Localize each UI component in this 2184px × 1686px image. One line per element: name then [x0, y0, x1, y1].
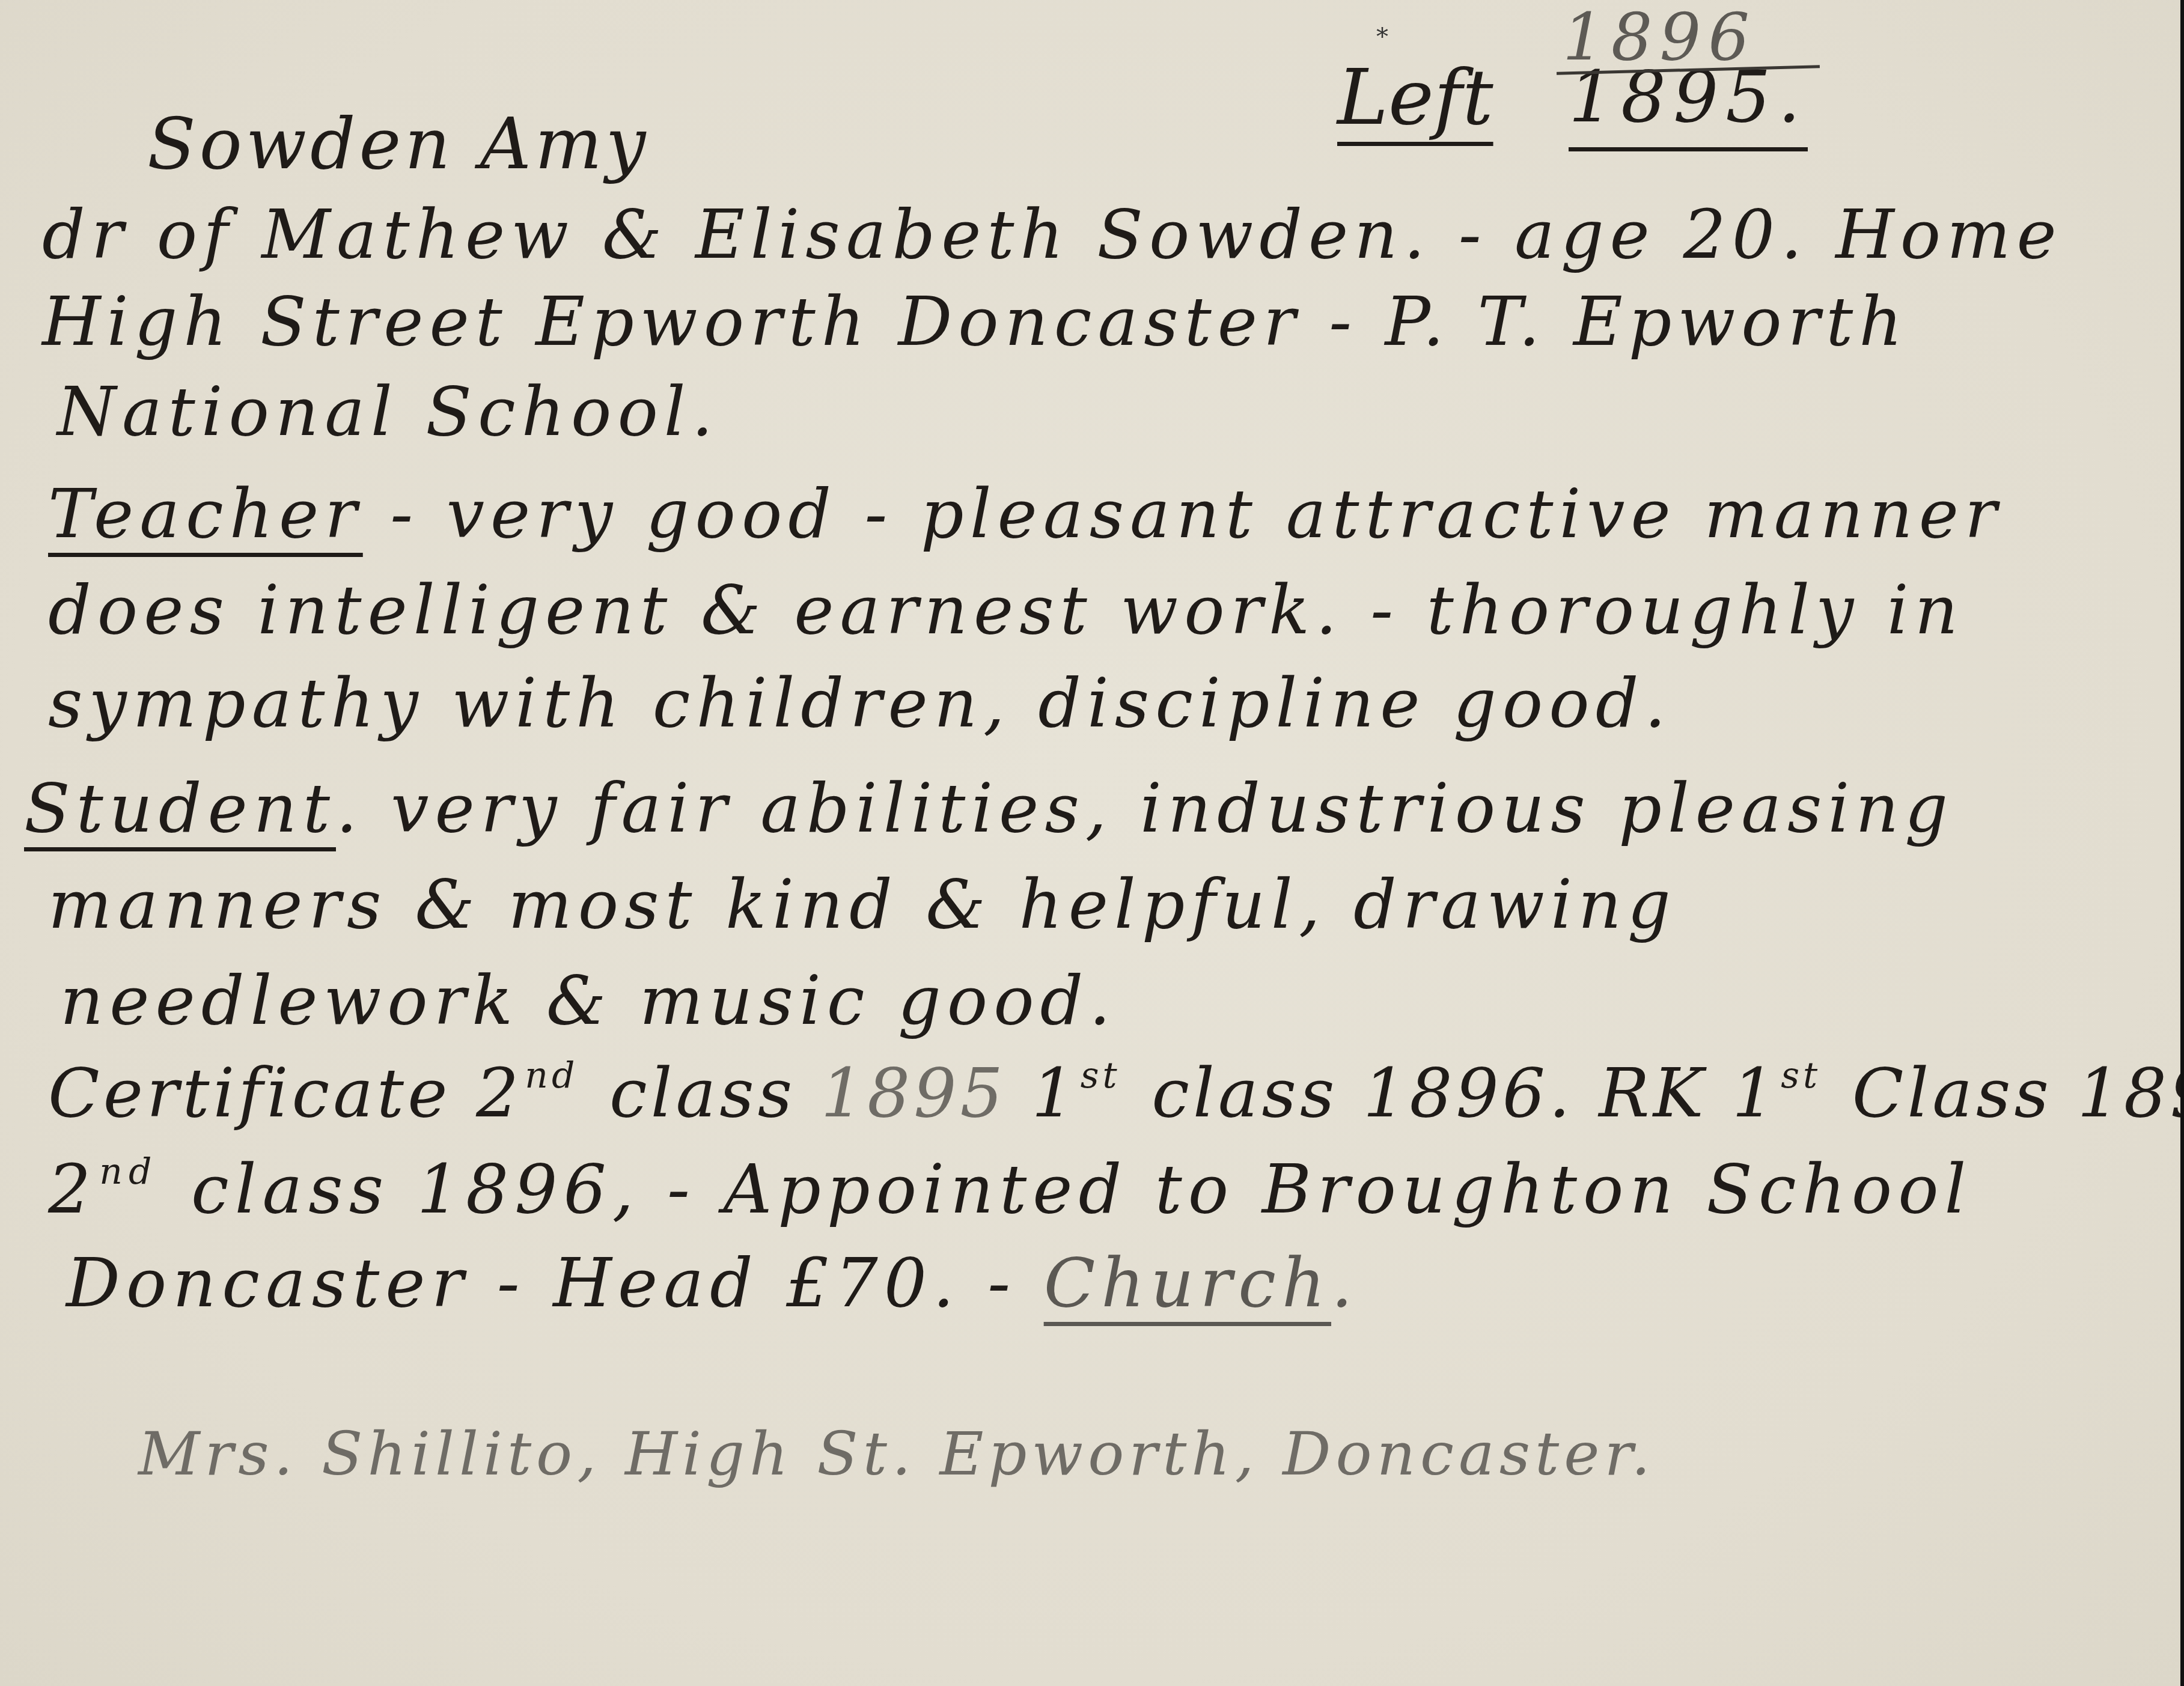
cert-text: 1: [1007, 1055, 1078, 1133]
underline-bar: [1569, 147, 1808, 151]
parents-line: dr of Mathew & Elisabeth Sowden. - age 2…: [42, 201, 2063, 269]
page-edge-border: [2180, 0, 2184, 1686]
name-heading: Sowden Amy: [147, 108, 650, 179]
asterisk-mark: *: [1376, 23, 1388, 50]
student-text-1: . very fair abilities, industrious pleas…: [336, 770, 1954, 848]
cert-sup: nd: [99, 1151, 157, 1193]
cert-sup: st: [1781, 1055, 1821, 1097]
school-line: National School.: [57, 379, 719, 446]
cert-text: class 1896, - Appointed to Broughton Sch…: [163, 1151, 1972, 1229]
cert-text: 2: [48, 1151, 97, 1229]
cert-text: Class 1895: [1827, 1055, 2184, 1133]
left-label-text: Left: [1337, 53, 1493, 142]
cert-text: class 1896. RK 1: [1127, 1055, 1779, 1133]
student-line-3: needlework & music good.: [60, 967, 1117, 1035]
student-line-1: Student. very fair abilities, industriou…: [24, 775, 1954, 842]
student-label: Student: [24, 770, 336, 848]
home-address-line: High Street Epworth Doncaster - P. T. Ep…: [42, 288, 1908, 356]
certificate-line-2: 2nd class 1896, - Appointed to Broughton…: [48, 1154, 1972, 1223]
cert-text: Certificate 2: [48, 1055, 522, 1133]
teacher-line-3: sympathy with children, discipline good.: [48, 670, 1672, 737]
cert-text: .: [1331, 1244, 1359, 1322]
church-denomination: Church: [1044, 1244, 1331, 1322]
certificate-line-3: Doncaster - Head £70. - Church.: [66, 1250, 1359, 1317]
teacher-label: Teacher: [48, 475, 363, 553]
teacher-line-1: Teacher - very good - pleasant attractiv…: [48, 481, 2003, 548]
student-line-2: manners & most kind & helpful, drawing: [48, 871, 1677, 939]
teacher-line-2: does intelligent & earnest work. - thoro…: [48, 577, 1964, 644]
document-page: * 1896 Left 1895. Sowden Amy dr of Mathe…: [0, 0, 2180, 1686]
left-year-struck: 1895.: [1569, 55, 1808, 138]
cert-text: class: [584, 1055, 820, 1133]
certificate-line-1: Certificate 2nd class 1895 1st class 189…: [48, 1058, 2184, 1127]
cert-sup: nd: [525, 1055, 578, 1097]
footer-address-note: Mrs. Shillito, High St. Epworth, Doncast…: [138, 1424, 1655, 1484]
left-label: Left: [1337, 53, 1493, 142]
cert-sup: st: [1081, 1055, 1121, 1097]
cert-text: Doncaster - Head £70. -: [66, 1244, 1044, 1322]
teacher-text-1: - very good - pleasant attractive manner: [363, 475, 2003, 553]
cert-year-faint: 1895: [821, 1055, 1007, 1133]
